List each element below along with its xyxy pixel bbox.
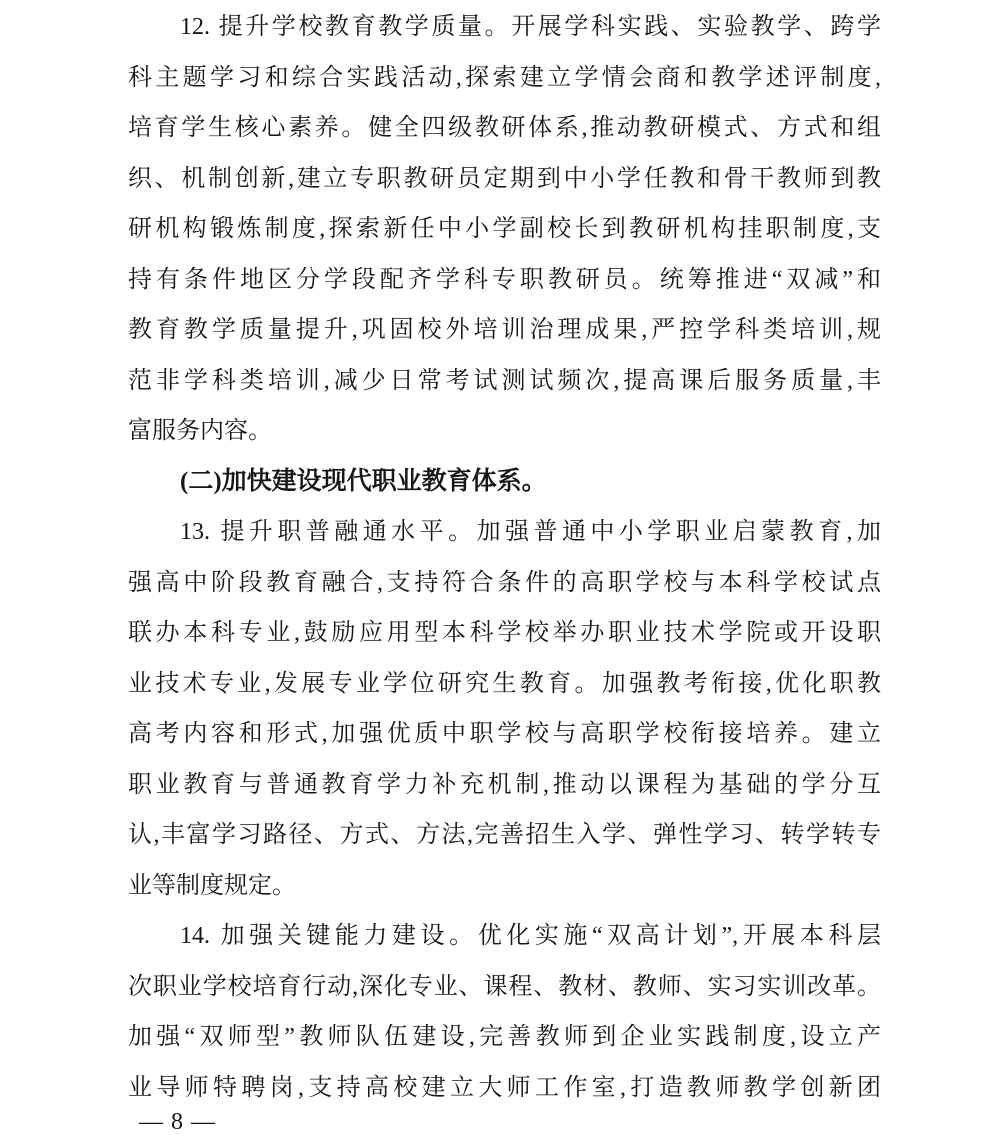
paragraph-12-line: 培育学生核心素养。健全四级教研体系,推动教研模式、方式和组	[128, 103, 881, 154]
paragraph-13-line: 高考内容和形式,加强优质中职学校与高职学校衔接培养。建立	[128, 709, 881, 760]
paragraph-14-line: 加强“双师型”教师队伍建设,完善教师到企业实践制度,设立产	[128, 1012, 881, 1063]
paragraph-12-line: 持有条件地区分学段配齐学科专职教研员。统筹推进“双减”和	[128, 255, 881, 306]
paragraph-14-line: 业导师特聘岗,支持高校建立大师工作室,打造教师教学创新团	[128, 1063, 881, 1114]
section-heading: (二)加快建设现代职业教育体系。	[128, 457, 881, 508]
page-number: — 8 —	[139, 1104, 216, 1139]
paragraph-12-line: 范非学科类培训,减少日常考试测试频次,提高课后服务质量,丰	[128, 356, 881, 407]
paragraph-12-line: 研机构锻炼制度,探索新任中小学副校长到教研机构挂职制度,支	[128, 204, 881, 255]
paragraph-14-line: 14. 加强关键能力建设。优化实施“双高计划”,开展本科层	[128, 911, 881, 962]
paragraph-14-line: 次职业学校培育行动,深化专业、课程、教材、教师、实习实训改革。	[128, 962, 881, 1013]
document-text-block: 12. 提升学校教育教学质量。开展学科实践、实验教学、跨学 科主题学习和综合实践…	[128, 2, 881, 1113]
paragraph-12-line: 12. 提升学校教育教学质量。开展学科实践、实验教学、跨学	[128, 2, 881, 53]
paragraph-13-line: 业技术专业,发展专业学位研究生教育。加强教考衔接,优化职教	[128, 659, 881, 710]
paragraph-13-line: 业等制度规定。	[128, 861, 881, 912]
paragraph-12-line: 富服务内容。	[128, 406, 881, 457]
paragraph-13-line: 认,丰富学习路径、方式、方法,完善招生入学、弹性学习、转学转专	[128, 810, 881, 861]
paragraph-12-line: 科主题学习和综合实践活动,探索建立学情会商和教学述评制度,	[128, 53, 881, 104]
paragraph-13-line: 强高中阶段教育融合,支持符合条件的高职学校与本科学校试点	[128, 558, 881, 609]
paragraph-12-line: 织、机制创新,建立专职教研员定期到中小学任教和骨干教师到教	[128, 154, 881, 205]
document-page: 12. 提升学校教育教学质量。开展学科实践、实验教学、跨学 科主题学习和综合实践…	[0, 0, 1000, 1139]
paragraph-13-line: 13. 提升职普融通水平。加强普通中小学职业启蒙教育,加	[128, 507, 881, 558]
paragraph-13-line: 联办本科专业,鼓励应用型本科学校举办职业技术学院或开设职	[128, 608, 881, 659]
paragraph-13-line: 职业教育与普通教育学力补充机制,推动以课程为基础的学分互	[128, 760, 881, 811]
paragraph-12-line: 教育教学质量提升,巩固校外培训治理成果,严控学科类培训,规	[128, 305, 881, 356]
